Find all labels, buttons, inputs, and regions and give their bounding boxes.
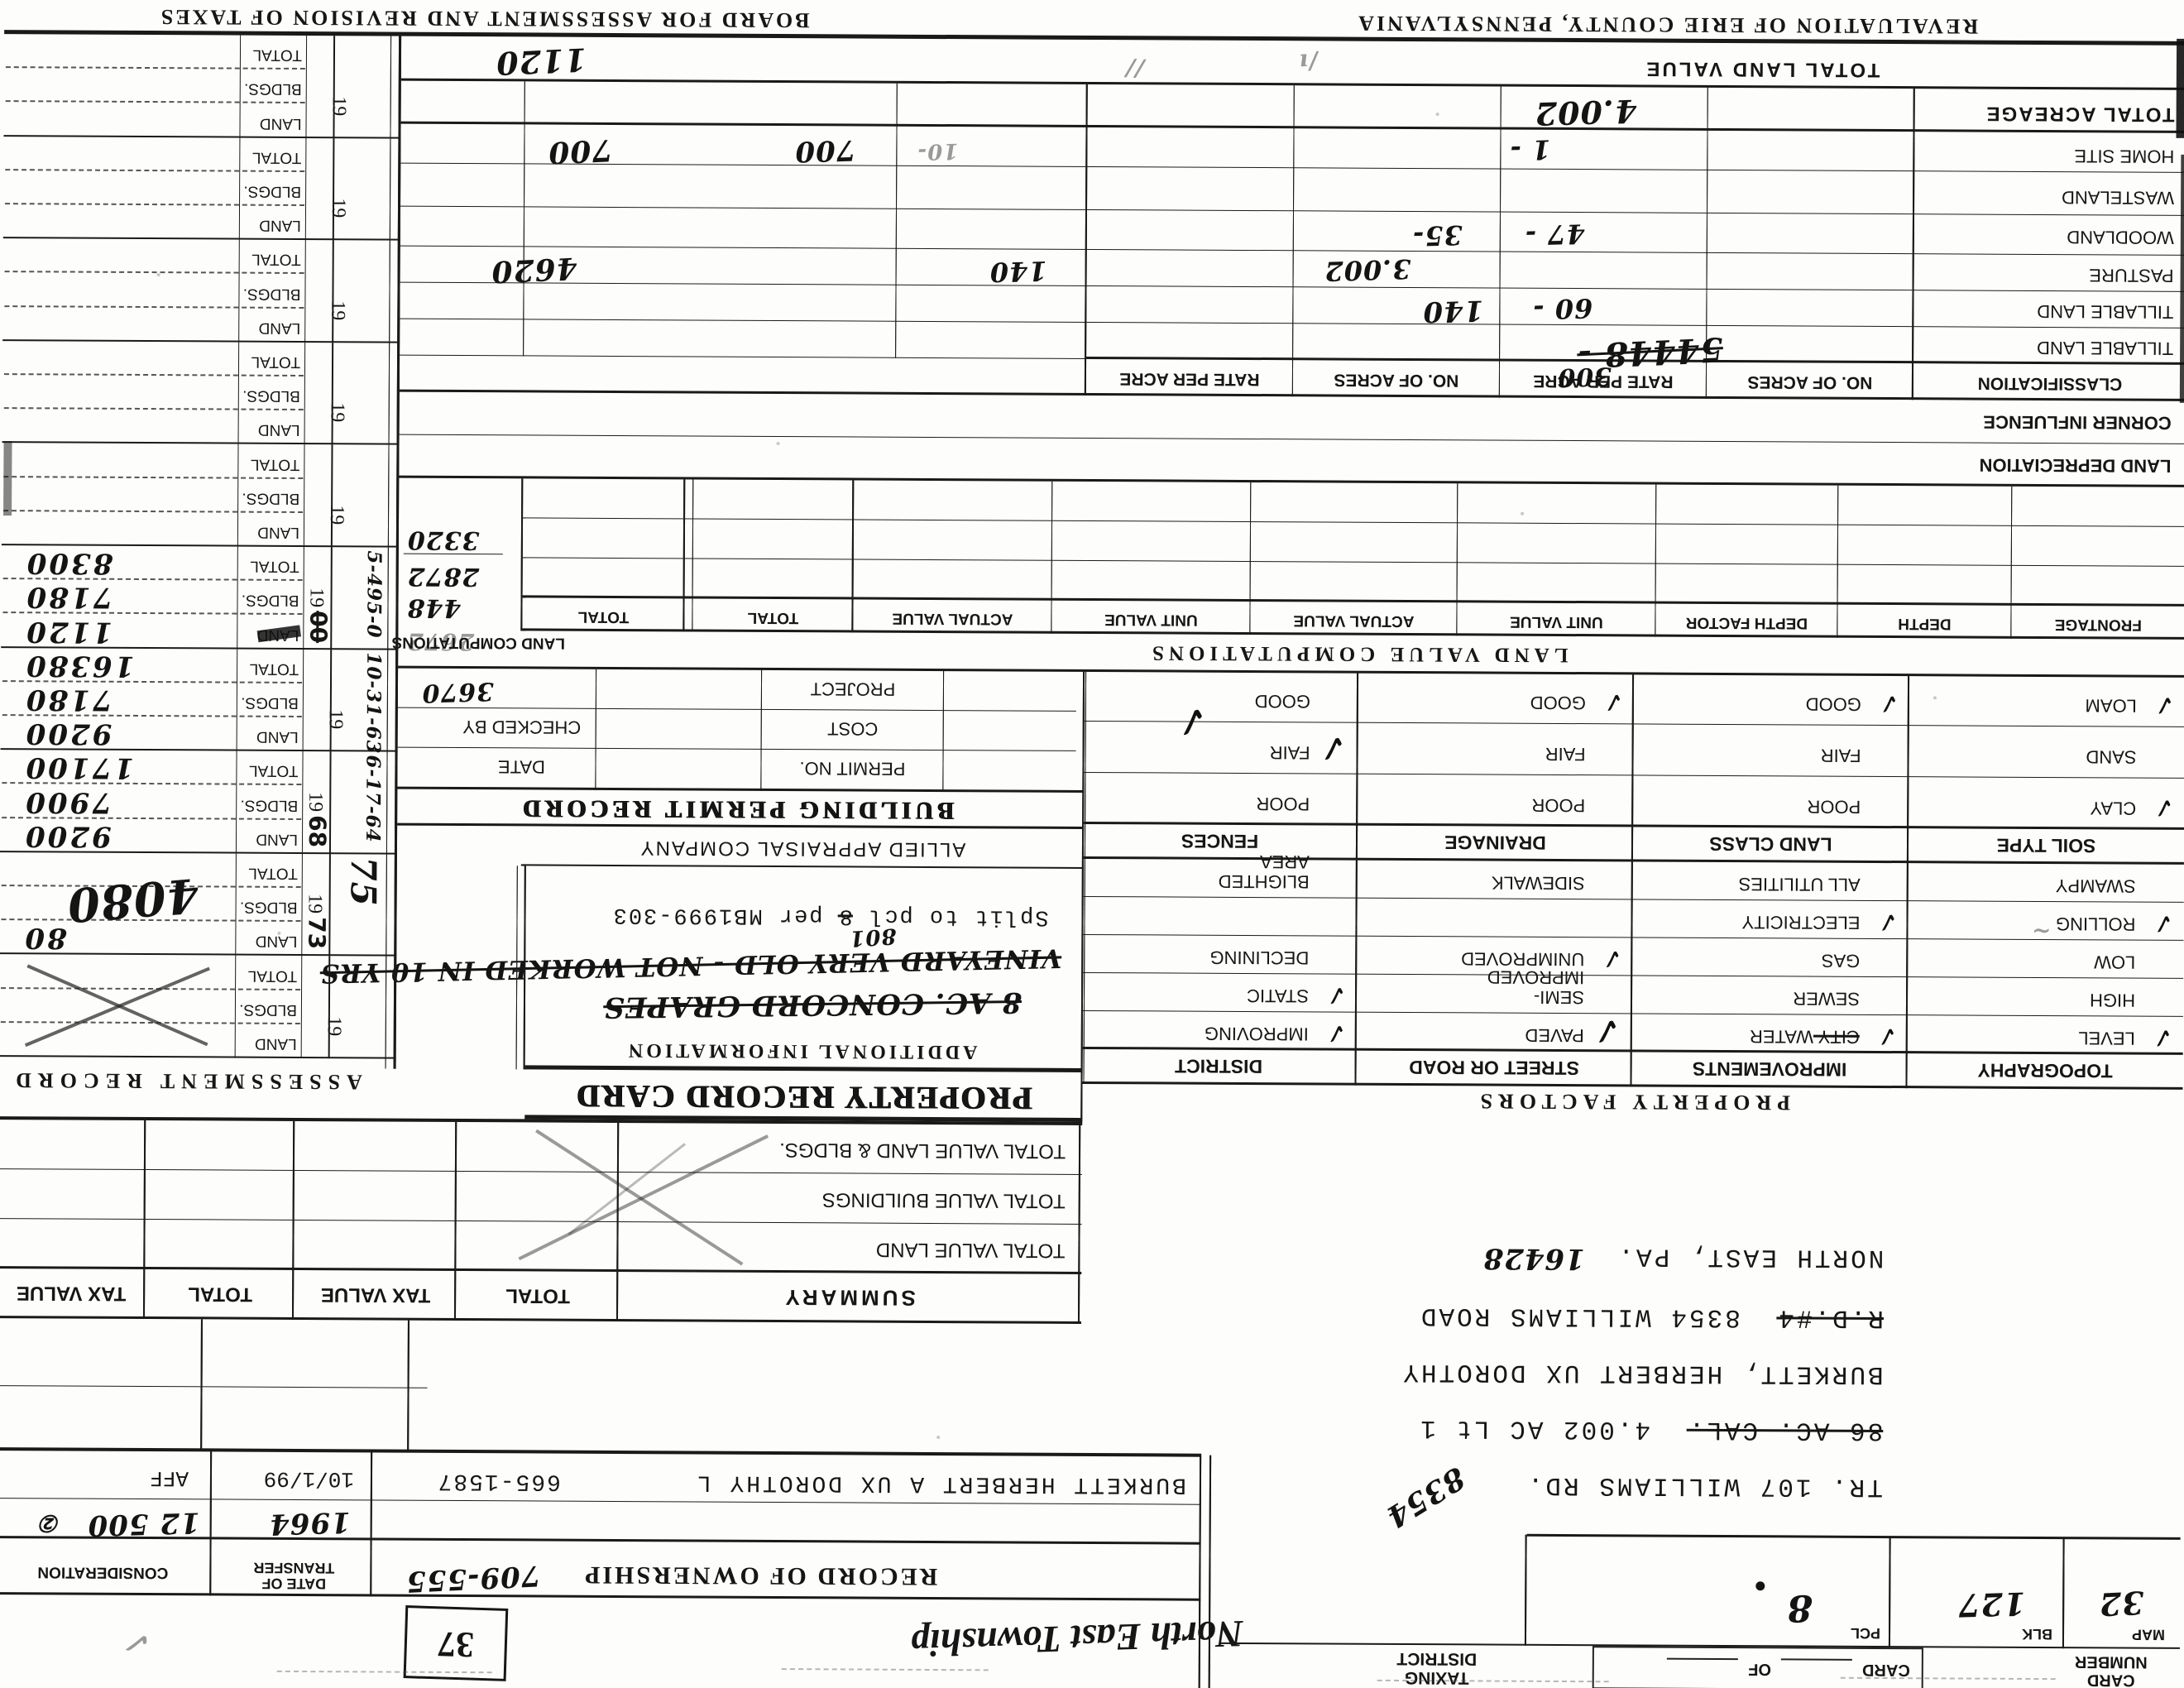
assessment-label-bldgs: BLDGS. — [240, 486, 299, 506]
handwritten-line3_note_hw-27: 801 — [838, 923, 898, 951]
assessment-big-stamp: 4080 — [14, 850, 201, 934]
factor-group-0-header-1: IMPROVEMENTS — [1632, 1055, 1908, 1080]
owner-line-2-struck: 86 AC. CAL. — [1687, 1415, 1884, 1445]
assessment-year-text: 19 — [326, 300, 347, 320]
handwritten-rate1-8: 35- — [1387, 220, 1463, 251]
factor-cell-good: GOOD — [1104, 667, 1310, 711]
assessment-label-bldgs: BLDGS. — [239, 691, 299, 711]
grid-line — [525, 1065, 1083, 1072]
grid-line — [1905, 676, 1909, 1088]
assessment-label-land: LAND — [241, 315, 300, 335]
handwritten-total_acreage_value-13: 4.002 — [1504, 94, 1637, 132]
scan-speckle — [277, 932, 280, 935]
scan-edge-artifact — [3, 441, 12, 516]
assessment-label-bldgs: BLDGS. — [242, 180, 301, 199]
grid-line — [0, 1385, 428, 1388]
handwritten-rate2-5: 140 — [964, 256, 1047, 286]
grid-line — [1889, 1537, 1891, 1647]
handwritten-rate2-11: 700 — [773, 134, 856, 167]
handwritten-note-1: 300 — [1521, 362, 1612, 391]
factor-cell-sand: SAND — [1930, 722, 2137, 766]
owner-line-2-rest: 4.002 AC Lt 1 — [1418, 1413, 1650, 1443]
grid-line — [398, 707, 1076, 712]
assessment-label-total: TOTAL — [242, 43, 302, 63]
handwritten-mark-24: ② — [28, 1510, 61, 1535]
factor-group-0-header-0: TOPOGRAPHY — [1908, 1057, 2183, 1081]
factor-cell-poor: POOR — [1378, 771, 1585, 815]
assessment-land-value: 9200 — [11, 717, 236, 749]
scan-artifact-line — [782, 1668, 989, 1671]
summary-col-total-2: TOTAL — [150, 1283, 290, 1305]
factor-cell-unimproved-checkmark: ✓ — [1583, 938, 1625, 977]
building-permit-record-title: BUILDING PERMIT RECORD — [414, 794, 1059, 823]
assessment-year-text: 1968 — [304, 792, 329, 847]
summary-col-taxvalue-2: TAX VALUE — [1, 1282, 141, 1304]
assessment-bldgs-value: 7900 — [10, 785, 235, 818]
factor-cell-declining: DECLINING — [1102, 935, 1309, 967]
factor-cell-loam-checkmark: ✓ — [2136, 684, 2177, 723]
scan-speckle — [1933, 696, 1937, 699]
factor-cell-rolling-checkmark: ✓ — [2134, 903, 2176, 942]
factor-cell-gas: GAS — [1653, 938, 1860, 971]
factor-cell-fair: FAIR — [1379, 720, 1586, 764]
assessment-block-divider — [0, 1055, 396, 1059]
ownership-row-bookpage: 665-1587 — [395, 1467, 561, 1493]
assessment-value-line — [6, 66, 305, 70]
handwritten-mid-10: 10- — [892, 139, 959, 164]
handwritten-total-12: 700 — [513, 133, 614, 170]
assessment-label-land: LAND — [241, 418, 300, 438]
assessment-value-line — [5, 169, 304, 172]
handwritten-0-17: 2672 — [406, 628, 507, 654]
checked-by-label: CHECKED BY — [452, 717, 592, 737]
assessment-year: 19 — [308, 159, 347, 218]
factor-cell-electricity: ELECTRICITY — [1653, 900, 1860, 933]
factor-cell-electricity-checkmark: ✓ — [1859, 902, 1900, 941]
handwritten-acres1-2: 60 - — [1493, 294, 1593, 325]
handwritten-2-19: 2872 — [407, 562, 508, 589]
handwritten-project_value_hw-26: 3670 — [400, 677, 494, 707]
factor-cell-sewer: SEWER — [1653, 976, 1860, 1009]
ownership-row-consideration: AFF — [106, 1466, 189, 1490]
owner-line-4: R.D.#4 8354 WILLIAMS ROAD — [1419, 1302, 1884, 1331]
lvc-col-header-5: UNIT VALUE — [1051, 602, 1250, 628]
factor-group-1-header-2: DRAINAGE — [1358, 829, 1633, 854]
assessment-block-divider — [3, 237, 400, 241]
assessment-total-value: 8300 — [12, 546, 237, 578]
classification-row-label-1: TILLABLE LAND — [1917, 299, 2173, 322]
grid-line — [1292, 85, 1295, 396]
factor-cell-fair: FAIR — [1655, 722, 1861, 765]
factor-cell-rolling-scrawl: ~ — [2001, 918, 2051, 943]
assessment-total-value: 16380 — [11, 649, 236, 681]
assessment-block-line — [304, 240, 306, 343]
factor-cell-good: GOOD — [1655, 670, 1861, 714]
grid-line — [386, 36, 392, 1069]
assessment-label-total: TOTAL — [241, 350, 300, 370]
ownership-row-name: BURKETT HERBERT A UX DOROTHY L — [591, 1469, 1186, 1497]
factor-cell-all-utilities: ALL UTILITIES — [1654, 862, 1861, 894]
grid-line — [394, 36, 402, 1069]
split-note-suffix: per MB1999-303 — [612, 902, 838, 928]
assessment-year-text: 1973 — [303, 894, 328, 949]
assessment-value-line — [3, 476, 303, 479]
assessment-label-land: LAND — [242, 111, 301, 131]
factor-cell-poor: POOR — [1654, 773, 1861, 817]
factor-cell-unimproved: UNIMPROVED — [1377, 937, 1584, 969]
handwritten-date-22: 1964 — [234, 1506, 351, 1540]
factor-cell-water: CITY WATER — [1653, 1014, 1860, 1047]
assessment-value-line — [6, 101, 305, 104]
summary-pencil-scrawl — [502, 1126, 784, 1268]
assessment-year: 19 — [304, 977, 343, 1037]
assessment-block-line — [237, 649, 238, 751]
factor-cell-good-checkmark: ✓ — [1861, 683, 1902, 722]
grid-line — [407, 1321, 409, 1451]
assessment-block-line — [239, 36, 241, 138]
land-value-computations-title: LAND VALUE COMPUTATIONS — [696, 639, 2019, 668]
grid-line — [1085, 84, 1088, 396]
owner-line-4-rest: 8354 WILLIAMS ROAD — [1419, 1301, 1741, 1331]
owner-line-4-struck: R.D.#4 — [1776, 1302, 1884, 1332]
assessment-label-bldgs: BLDGS. — [241, 384, 300, 404]
classification-row-label-0: TILLABLE LAND — [1917, 335, 2173, 358]
property-factors-title: PROPERTY FACTORS — [1082, 1087, 2182, 1116]
factor-cell-poor: POOR — [1103, 770, 1310, 813]
classification-row-label-2: PASTURE — [1918, 262, 2174, 285]
property-record-card-title: PROPERTY RECORD CARD — [528, 1077, 1079, 1115]
assessment-block-line — [304, 444, 305, 547]
scan-edge-artifact — [2180, 155, 2184, 403]
assessment-block-line — [238, 342, 240, 444]
assessment-label-bldgs: BLDGS. — [241, 281, 300, 301]
assessment-block-divider — [2, 339, 400, 343]
handwritten-scrawl2-16: ∕∕ — [1019, 49, 1144, 81]
assessment-bldgs-value: 7180 — [11, 581, 236, 613]
assessment-year-text: 19 — [328, 96, 349, 116]
permit-no-label: PERMIT NO. — [769, 758, 935, 779]
assessment-record-title: ASSESSMENT RECORD — [7, 1068, 364, 1093]
factor-group-0-header-3: DISTRICT — [1081, 1053, 1357, 1077]
assessment-block-line — [304, 343, 306, 445]
card-of-card-label: CARD — [1862, 1660, 1910, 1678]
lvc-col-header-7: TOTAL — [692, 600, 853, 626]
assessment-label-land: LAND — [237, 1032, 297, 1052]
assessment-year: 19 — [307, 261, 347, 321]
grid-line — [399, 476, 2184, 487]
assessment-label-total: TOTAL — [240, 452, 299, 472]
assessment-block-divider — [2, 442, 400, 446]
assessment-note: 75 — [333, 857, 382, 953]
additional-info-line-3: Split to pcl 8 per MB1999-303 — [612, 902, 1049, 928]
card-of-blank-2 — [1667, 1658, 1738, 1678]
assessment-label-land: LAND — [239, 725, 299, 745]
factor-cell-clay-checkmark: ✓ — [2135, 787, 2177, 826]
assessment-year-stamp: 68 — [304, 815, 331, 847]
grid-line — [0, 1592, 1200, 1601]
appraisal-company: ALLIED APPRAISAL COMPANY — [521, 836, 1084, 860]
assessment-label-bldgs: BLDGS. — [237, 997, 297, 1017]
card-of-blank-1 — [1781, 1658, 1852, 1678]
factor-group-0-header-2: STREET OR ROAD — [1357, 1054, 1632, 1079]
factor-cell-fences-big-checkmark: ✓ — [1154, 691, 1213, 750]
grid-line — [398, 747, 1076, 751]
owner-line-5: NORTH EAST, PA. 16428 — [1482, 1241, 1884, 1275]
total-acreage-label: TOTAL ACREAGE — [1985, 103, 2174, 125]
assessment-label-land: LAND — [242, 213, 301, 233]
lvc-col-header-4: ACTUAL VALUE — [1250, 603, 1457, 629]
grid-line — [942, 671, 944, 792]
factor-cell-level: LEVEL — [1928, 1015, 2135, 1048]
scan-speckle — [1436, 113, 1439, 116]
handwritten-total-6: 4620 — [444, 252, 578, 290]
grid-line — [2062, 1537, 2065, 1648]
grid-line — [200, 1319, 203, 1450]
grid-line — [1912, 89, 1915, 400]
grid-line — [523, 557, 2184, 567]
grid-line — [0, 1266, 1081, 1274]
card-of-box: CARD OF — [1592, 1646, 1923, 1688]
owner-line-3: BURKETT, HERBERT UX DOROTHY — [1401, 1357, 1883, 1388]
card-rotated-content: CARD NUMBER MAP BLK PCL CARD OF TAXING D… — [0, 0, 2184, 1688]
assessment-block-line — [237, 547, 238, 650]
classification-row-label-3: WOODLAND — [1918, 224, 2174, 247]
grid-line — [1527, 1534, 2181, 1540]
summary-row-land-bldgs: TOTAL VALUE LAND & BLDGS. — [779, 1139, 1066, 1162]
card-number-label: CARD NUMBER — [2061, 1652, 2162, 1688]
corner-influence-label: CORNER INFLUENCE — [1983, 412, 2171, 433]
owner-line-2: 86 AC. CAL. 4.002 AC Lt 1 — [1418, 1414, 1883, 1444]
assessment-value-line — [4, 373, 304, 376]
factor-cell-loam: LOAM — [1930, 671, 2137, 715]
pcl-label: PCL — [1822, 1624, 1880, 1641]
summary-col-total-1: TOTAL — [461, 1284, 615, 1307]
factor-cell-semi-improved: SEMI-IMPROVED — [1460, 975, 1584, 1007]
assessment-label-land: LAND — [240, 520, 299, 540]
assessment-label-land: LAND — [238, 827, 298, 846]
assessment-value-line — [5, 271, 304, 275]
additional-info-line-2: VINEYARD VERY OLD - NOT WORKED IN 10 YRS — [532, 943, 1062, 982]
handwritten-book_page_hw-21: 709-555 — [383, 1560, 542, 1598]
permit-date-label: DATE — [451, 756, 591, 777]
handwritten-address_hw-25: 8354 — [1334, 1460, 1470, 1561]
assessment-year-text: 19 — [325, 505, 347, 525]
classification-header-4: RATE PER ACRE — [1086, 366, 1293, 388]
assessment-year: 19 — [306, 466, 346, 525]
handwritten-acres2-4: 3.002 — [1303, 254, 1411, 285]
assessment-value-line — [4, 305, 304, 309]
summary-label: SUMMARY — [625, 1285, 1073, 1311]
grid-line — [595, 669, 596, 790]
grid-line — [209, 1450, 212, 1595]
date-of-transfer-header: DATE OF TRANSFER — [232, 1559, 356, 1592]
assessment-year-text: 19 — [327, 198, 348, 218]
total-land-value-label: TOTAL LAND VALUE — [1576, 57, 1948, 80]
handwritten-pcl_value-30: 8 — [1765, 1587, 1832, 1628]
handwritten-blk_value-29: 127 — [1942, 1586, 2042, 1623]
cost-label: COST — [770, 718, 936, 739]
grid-line — [521, 864, 1084, 869]
lvc-col-header-8: TOTAL — [522, 599, 684, 625]
owner-line-1: TR. 107 WILLIAMS RD. — [1525, 1470, 1883, 1500]
assessment-label-total: TOTAL — [242, 247, 301, 267]
pcl-dot — [1755, 1581, 1765, 1590]
assessment-block-divider — [3, 135, 400, 139]
handwritten-consideration-23: 12 500 — [59, 1507, 200, 1542]
grid-line — [0, 1498, 1201, 1505]
factor-cell-swampy: SWAMPY — [1929, 863, 2136, 895]
summary-row-buildings: TOTAL VALUE BUILDINGS — [822, 1188, 1066, 1211]
factor-cell-improving: IMPROVING — [1102, 1011, 1309, 1043]
assessment-note: 6-17-64 — [334, 755, 383, 851]
assessment-label-total: TOTAL — [238, 759, 298, 779]
assessment-total-value: 17100 — [10, 751, 235, 784]
assessment-year: 19 — [307, 363, 347, 423]
factor-cell-level-checkmark: ✓ — [2134, 1017, 2176, 1056]
assessment-value-line — [4, 407, 304, 410]
handwritten-scrawl1-15: ∕ı — [1201, 48, 1319, 80]
grid-line — [397, 787, 1084, 793]
handwritten-total_land_value_amount-14: 1120 — [445, 42, 587, 83]
factor-cell-static-checkmark: ✓ — [1308, 975, 1349, 1014]
factor-cell-good: GOOD — [1379, 669, 1586, 712]
consideration-header: CONSIDERATION — [0, 1563, 206, 1581]
assessment-block-line — [305, 138, 307, 241]
factor-cell-improving-checkmark: ✓ — [1308, 1013, 1349, 1052]
handwritten-3-20: 3320 — [407, 525, 508, 553]
owner-line-5-text: NORTH EAST, PA. — [1616, 1241, 1884, 1272]
corner-scrawl: ✓ — [117, 1621, 156, 1665]
assessment-label-total: TOTAL — [238, 861, 298, 881]
handwritten-rate1-3: 140 — [1392, 295, 1484, 328]
land-depreciation-label: LAND DEPRECIATION — [1980, 455, 2172, 476]
assessment-year-stamp: 73 — [303, 917, 330, 949]
township-name: North East Township — [862, 1613, 1243, 1665]
grid-line — [370, 1451, 372, 1596]
summary-col-taxvalue-1: TAX VALUE — [299, 1283, 453, 1306]
record-of-ownership-title: RECORD OF OWNERSHIP — [524, 1561, 937, 1590]
scan-artifact-line — [277, 1671, 492, 1673]
scan-speckle — [777, 442, 780, 445]
factor-cell-static: STATIC — [1102, 973, 1309, 1005]
assessment-label-total: TOTAL — [240, 554, 299, 574]
factor-cell-paved-checkmark: ✓ — [1583, 1014, 1625, 1053]
scanned-property-record-card: CARD NUMBER MAP BLK PCL CARD OF TAXING D… — [0, 0, 2184, 1688]
assessment-bldgs-value: 7180 — [11, 683, 236, 715]
assessment-year-text: 19 — [323, 1016, 344, 1036]
factor-cell-sidewalk: SIDEWALK — [1378, 861, 1585, 893]
assessment-value-line — [3, 510, 303, 513]
scan-speckle — [157, 273, 160, 276]
lvc-col-header-3: UNIT VALUE — [1457, 604, 1655, 630]
assessment-year-text: 1900 — [304, 587, 330, 643]
scan-speckle — [1715, 1258, 1718, 1261]
assessment-block-line — [235, 956, 237, 1058]
owner-line-5-zip-hw: 16428 — [1482, 1241, 1585, 1275]
assessment-year-text: 19 — [326, 403, 347, 423]
assessment-block-line — [305, 36, 307, 138]
assessment-block-line — [238, 240, 240, 343]
assessment-block-line — [236, 751, 237, 854]
factor-cell-high: HIGH — [1928, 977, 2135, 1009]
grid-line — [401, 122, 2184, 133]
card-stamp-37-box: 37 — [404, 1605, 509, 1681]
assessment-year-stamp: 00 — [304, 611, 332, 643]
factor-cell-clay: CLAY — [1929, 774, 2136, 818]
grid-line — [1354, 674, 1358, 1086]
lvc-col-header-6: ACTUAL VALUE — [853, 601, 1051, 626]
grid-line — [400, 355, 1086, 359]
assessment-label-bldgs: BLDGS. — [238, 793, 298, 813]
classification-header-1: NO. OF ACRES — [1707, 369, 1913, 391]
blk-label: BLK — [1995, 1625, 2052, 1642]
additional-information-title: ADDITIONAL INFORMATION — [529, 1038, 1075, 1062]
classification-row-label-4: WASTELAND — [1918, 185, 2174, 208]
scan-speckle — [1521, 512, 1524, 516]
project-label: PROJECT — [770, 679, 936, 699]
grid-line — [400, 163, 2184, 173]
lvc-col-header-1: DEPTH — [1837, 607, 2011, 632]
scan-edge-artifact — [2176, 39, 2184, 138]
factor-group-1-header-3: FENCES — [1082, 827, 1358, 852]
classification-header-0: CLASSIFICATION — [1913, 370, 2184, 393]
assessment-block-line — [239, 137, 241, 240]
handwritten-acres1-9: 1 - — [1476, 135, 1551, 165]
grid-line — [760, 670, 762, 791]
assessment-label-total: TOTAL — [239, 656, 299, 676]
footer-board: BOARD FOR ASSESSMENT AND REVISION OF TAX… — [87, 5, 881, 32]
assessment-year: 19 — [309, 57, 348, 117]
grid-line — [0, 1447, 1201, 1457]
split-note-struck-8: 8 — [838, 903, 853, 928]
grid-line — [1525, 1535, 1527, 1646]
additional-info-line-1: 8 AC. CONCORD GRAPES — [591, 986, 1022, 1022]
grid-line — [0, 1316, 1081, 1324]
assessment-block-line — [235, 853, 237, 956]
factor-cell-blighted-area: BLIGHTED AREA — [1185, 860, 1310, 892]
ownership-row-date: 10/1/99 — [222, 1466, 354, 1490]
factor-cell-water-struck-prefix: CITY — [1813, 1027, 1860, 1048]
handwritten-acres1-7: 47 - — [1493, 219, 1585, 251]
footer-revaluation: REVALUATION OF ERIE COUNTY, PENNSYLVANIA — [1278, 11, 2056, 38]
assessment-land-value: 9200 — [10, 819, 235, 851]
summary-row-land: TOTAL VALUE LAND — [876, 1239, 1066, 1261]
assessment-label-land: LAND — [237, 929, 297, 949]
factor-cell-water-checkmark: ✓ — [1859, 1016, 1900, 1055]
lvc-col-header-2: DEPTH FACTOR — [1655, 606, 1837, 631]
handwritten-map_value-28: 32 — [2083, 1585, 2159, 1622]
assessment-block-line — [301, 956, 303, 1058]
grid-line — [397, 823, 1084, 829]
map-label: MAP — [2107, 1626, 2165, 1642]
lvc-col-header-0: FRONTAGE — [2011, 607, 2184, 633]
grid-line — [523, 517, 2184, 527]
assessment-note: 10-31-63 — [335, 652, 384, 748]
assessment-label-bldgs: BLDGS. — [239, 588, 299, 608]
factor-cell-good-checkmark: ✓ — [1585, 682, 1626, 721]
scan-speckle — [936, 1436, 940, 1439]
assessment-label-bldgs: BLDGS. — [238, 895, 298, 915]
factor-group-1-header-0: SOIL TYPE — [1909, 832, 2184, 856]
classification-row-label-5: HOME SITE — [1918, 143, 2174, 166]
assessment-label-total: TOTAL — [237, 963, 297, 983]
grid-line — [400, 434, 2184, 444]
assessment-land-value: 1120 — [11, 615, 236, 647]
assessment-note: 5-495-0 — [335, 550, 384, 646]
assessment-block-line — [303, 650, 304, 752]
handwritten-1-18: 448 — [406, 593, 507, 621]
card-of-of-label: OF — [1748, 1659, 1771, 1677]
